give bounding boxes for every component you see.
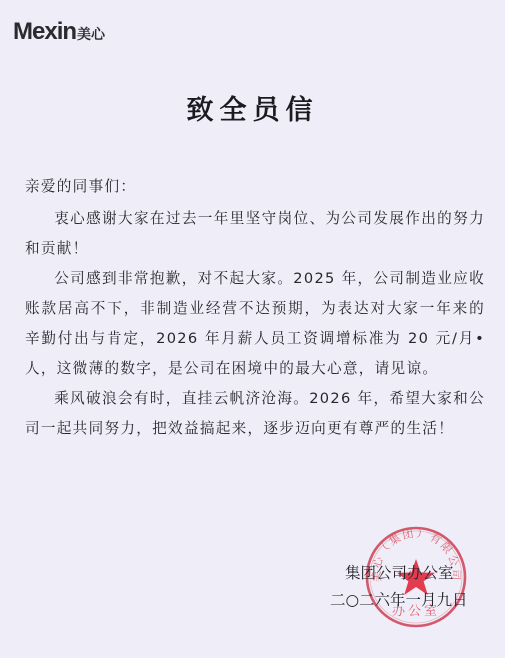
signature-date: 二○二六年一月九日 xyxy=(330,588,468,610)
letter-paragraph-3: 乘风破浪会有时，直挂云帆济沧海。2026 年，希望大家和公司一起共同努力，把效益… xyxy=(25,384,485,444)
letter-title: 致全员信 xyxy=(0,88,505,127)
letter-greeting: 亲爱的同事们： xyxy=(25,172,485,202)
letter-body: 亲爱的同事们： 衷心感谢大家在过去一年里坚守岗位、为公司发展作出的努力和贡献！ … xyxy=(25,172,485,444)
logo-latin-text: Mexin xyxy=(13,18,76,46)
company-logo: Mexin 美心 xyxy=(13,18,105,46)
signature-organization: 集团公司办公室 xyxy=(345,561,454,583)
logo-cjk-text: 美心 xyxy=(77,24,105,44)
letter-paragraph-2: 公司感到非常抱歉，对不起大家。2025 年，公司制造业应收账款居高不下，非制造业… xyxy=(25,264,485,384)
letter-paragraph-1: 衷心感谢大家在过去一年里坚守岗位、为公司发展作出的努力和贡献！ xyxy=(25,204,485,264)
